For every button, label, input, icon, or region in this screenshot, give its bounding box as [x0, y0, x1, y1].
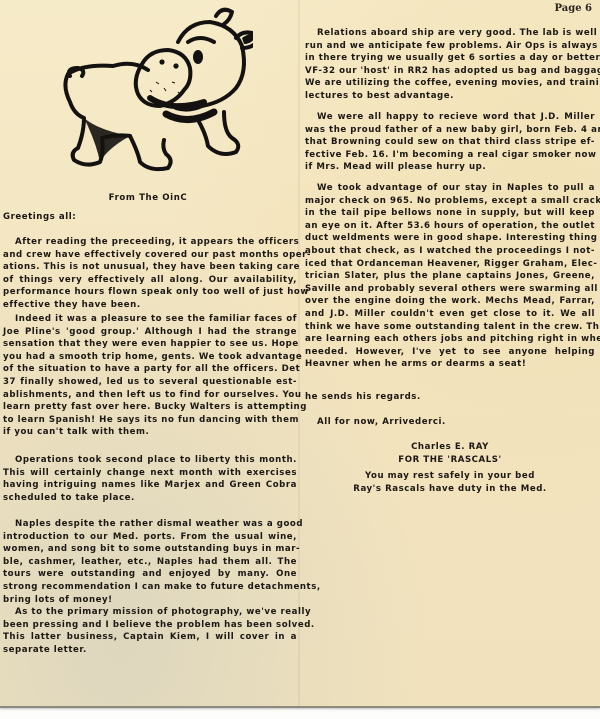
- text-line: We took advantage of our stay in Naples …: [305, 182, 595, 195]
- text-line: performance hours flown speak only too w…: [3, 286, 297, 299]
- text-line: strong recommendation I can make to futu…: [3, 581, 297, 594]
- text-line: over the engine doing the work. Mechs Me…: [305, 295, 595, 308]
- text-line: think we have some outstanding talent in…: [305, 321, 595, 334]
- text-line: iced that Ordanceman Heavener, Rigger Gr…: [305, 258, 595, 271]
- text-line: having intriguing names like Marjex and …: [3, 479, 297, 492]
- text-line: We are utilizing the coffee, evening mov…: [305, 77, 595, 90]
- text-line: that Browning could sew on that third cl…: [305, 136, 595, 149]
- text-line: Naples despite the rather dismal weather…: [3, 518, 297, 531]
- text-line: an eye on it. After 53.6 hours of operat…: [305, 220, 595, 233]
- text-line: Joe Pline's 'good group.' Although I had…: [3, 326, 297, 339]
- text-line: Saville and probably several others were…: [305, 283, 595, 296]
- text-line: fective Feb. 16. I'm becoming a real cig…: [305, 149, 595, 162]
- text-line: of things very effectively all along. Ou…: [3, 274, 297, 287]
- text-line: ablishments, and then left us to find fo…: [3, 389, 297, 402]
- text-line: of the situation to have a party for all…: [3, 363, 297, 376]
- signature-title: FOR THE 'RASCALS': [305, 454, 595, 467]
- text-line: ations. This is not unusual, they have b…: [3, 261, 297, 274]
- page-number: Page 6: [554, 3, 592, 14]
- salutation: Greetings all:: [3, 211, 297, 224]
- paragraph-operations: Operations took second place to liberty …: [3, 454, 297, 504]
- text-line: bring lots of money!: [3, 594, 297, 607]
- text-line: VF-32 our 'host' in RR2 has adopted us b…: [305, 65, 595, 78]
- signature-block: Charles E. RAY FOR THE 'RASCALS' You may…: [305, 441, 595, 495]
- paragraph-photography: As to the primary mission of photography…: [3, 606, 297, 656]
- paragraph-after-reading: After reading the preceeding, it appears…: [3, 236, 297, 312]
- text-line: and crew have effectively covered our pa…: [3, 249, 297, 262]
- text-line: As to the primary mission of photography…: [3, 606, 297, 619]
- regards-line: he sends his regards.: [305, 391, 595, 404]
- paragraph-familiar-faces: Indeed it was a pleasure to see the fami…: [3, 313, 297, 439]
- text-line: This will certainly change next month wi…: [3, 467, 297, 480]
- newsletter-page: From The OinC Page 6 Greetings all: Afte…: [0, 0, 600, 708]
- text-line: in there trying we usually get 6 sorties…: [305, 52, 595, 65]
- text-line: Heavner when he arms or dearms a seat!: [305, 358, 595, 371]
- paragraph-major-check: We took advantage of our stay in Naples …: [305, 182, 595, 371]
- text-line: you had a smooth trip home, gents. We to…: [3, 351, 297, 364]
- text-line: sensation that they were even happier to…: [3, 338, 297, 351]
- text-line: tours were outstanding and enjoyed by ma…: [3, 568, 297, 581]
- closing-line: All for now, Arrivederci.: [305, 416, 595, 429]
- text-line: run and we anticipate few problems. Air …: [305, 40, 595, 53]
- text-line: Operations took second place to liberty …: [3, 454, 297, 467]
- text-line: Indeed it was a pleasure to see the fami…: [3, 313, 297, 326]
- text-line: about that check, as I watched the proce…: [305, 245, 595, 258]
- text-line: if you can't talk with them.: [3, 426, 297, 439]
- text-line: 37 finally showed, led us to several que…: [3, 376, 297, 389]
- bulldog-illustration: [38, 2, 253, 180]
- text-line: We were all happy to recieve word that J…: [305, 111, 595, 124]
- text-line: After reading the preceeding, it appears…: [3, 236, 297, 249]
- text-line: duct weldments were in good shape. Inter…: [305, 232, 595, 245]
- text-line: women, and song bit to some outstanding …: [3, 543, 297, 556]
- text-line: if Mrs. Mead will please hurry up.: [305, 161, 595, 174]
- text-line: introduction to our Med. ports. From the…: [3, 531, 297, 544]
- text-line: trician Slater, plus the plane captains …: [305, 270, 595, 283]
- text-line: lectures to best advantage.: [305, 90, 595, 103]
- signature-name: Charles E. RAY: [305, 441, 595, 454]
- text-line: was the proud father of a new baby girl,…: [305, 124, 595, 137]
- text-line: and J.D. Miller couldn't even get close …: [305, 308, 595, 321]
- paragraph-miller: We were all happy to recieve word that J…: [305, 111, 595, 174]
- text-line: ble, cashmer, leather, etc., Naples had …: [3, 556, 297, 569]
- text-line: scheduled to take place.: [3, 492, 297, 505]
- text-line: separate letter.: [3, 644, 297, 657]
- text-line: are learning each others jobs and pitchi…: [305, 333, 595, 346]
- motto-line-1: You may rest safely in your bed: [305, 470, 595, 483]
- paragraph-relations: Relations aboard ship are very good. The…: [305, 27, 595, 103]
- text-line: This latter business, Captain Kiem, I wi…: [3, 631, 297, 644]
- text-line: Relations aboard ship are very good. The…: [305, 27, 595, 40]
- motto-line-2: Ray's Rascals have duty in the Med.: [305, 483, 595, 496]
- text-line: been pressing and I believe the problem …: [3, 619, 297, 632]
- text-line: learn pretty fast over here. Bucky Walte…: [3, 401, 297, 414]
- text-line: to learn Spanish! He says its no fun dan…: [3, 414, 297, 427]
- text-line: major check on 965. No problems, except …: [305, 195, 595, 208]
- paragraph-naples: Naples despite the rather dismal weather…: [3, 518, 297, 606]
- text-line: in the tail pipe bellows none in supply,…: [305, 207, 595, 220]
- illustration-caption: From The OinC: [0, 193, 296, 203]
- text-line: effective they have been.: [3, 299, 297, 312]
- text-line: needed. However, I've yet to see anyone …: [305, 346, 595, 359]
